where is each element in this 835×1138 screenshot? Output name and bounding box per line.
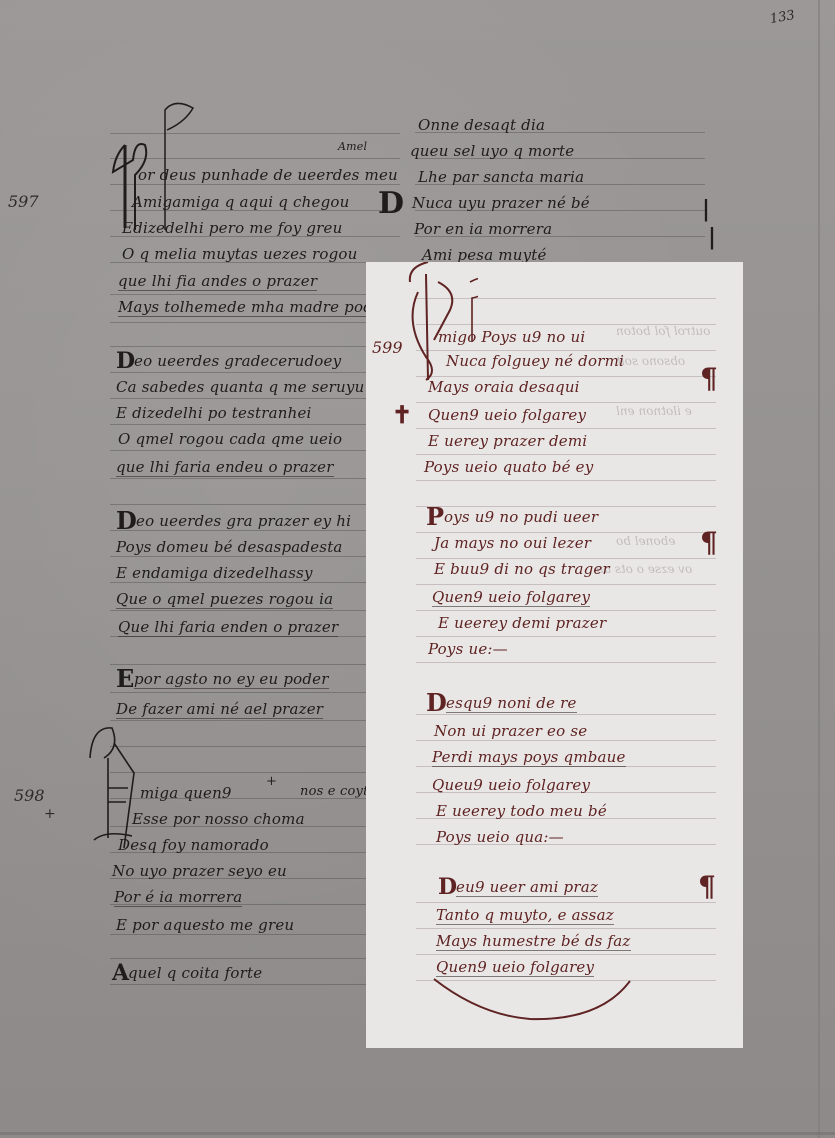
verse-line: E uerey prazer demi [428, 432, 587, 450]
verse-line: Lhe par sancta maria [418, 168, 584, 186]
verse-line: eo ueerdes gra prazer ey hi [136, 512, 351, 530]
verse-line: E ueerey todo meu bé [436, 802, 607, 820]
ruled-line [110, 692, 400, 693]
ruled-line [110, 346, 400, 347]
page-edge [818, 0, 820, 1138]
ruled-line [110, 664, 400, 665]
poem-number-598: 598 [14, 786, 45, 805]
verse-line: Mays tolhemede mha madre poder [118, 298, 389, 317]
ruled-line [110, 372, 400, 373]
verse-line: Non ui prazer eo se [434, 722, 587, 740]
verse-line: Mays oraia desaqui [428, 378, 580, 396]
ruled-line [110, 772, 400, 773]
stanza-initial: A [112, 960, 129, 986]
verse-line: Nuca folguey né dormi [446, 352, 624, 370]
verse-line: E por aquesto me greu [116, 916, 294, 934]
ruled-line [110, 720, 400, 721]
verse-line: Esse por nosso choma [132, 810, 305, 828]
verse-line: eo ueerdes gradecerudoey [134, 352, 341, 370]
verse-line: que lhi fia andes o prazer [118, 272, 317, 291]
verse-line: Poys ueio quato bé ey [424, 458, 593, 476]
verse-line: E ueerey demi prazer [438, 614, 606, 632]
verse-line: Poys ue:— [428, 640, 508, 658]
verse-line: Que o qmel puezes rogou ia [116, 590, 333, 609]
margin-initial-d: D [378, 186, 404, 221]
show-through-text: ebonel bo [616, 534, 675, 548]
stanza-initial: D [116, 506, 137, 535]
page-edge [0, 1132, 835, 1135]
verse-line: Desq foy namorado [118, 836, 269, 854]
closing-flourish-icon [430, 975, 640, 1025]
verse-line: Poys domeu bé desaspadesta [116, 538, 343, 556]
ruled-line [110, 424, 400, 425]
verse-line: que lhi faria endeu o prazer [116, 458, 334, 477]
verse-line: E dizedelhi po testranhei [116, 404, 312, 422]
verse-line: No uyo prazer seyo eu [112, 862, 287, 880]
verse-line: eu9 ueer ami praz [456, 878, 598, 897]
show-through-text: ov ezse o ots an [596, 562, 692, 576]
verse-line: E endamiga dizedelhassy [116, 564, 313, 582]
ruled-line [110, 934, 400, 935]
verse-line: Poys ueio qua:— [436, 828, 564, 846]
pilcrow-mark: ¶ [700, 362, 718, 395]
pilcrow-mark: ¶ [698, 870, 716, 903]
decorated-initial-a-icon [84, 718, 144, 848]
verse-line: por agsto no ey eu poder [134, 670, 329, 689]
verse-line: queu sel uyo q morte [410, 142, 574, 160]
pilcrow-mark: ¶ [700, 526, 718, 559]
cross-mark: + [266, 774, 277, 789]
ruled-line [110, 530, 400, 531]
verse-line: Quen9 ueio folgarey [428, 406, 586, 424]
show-through-text: obsono solt [616, 354, 685, 368]
verse-line: Por en ia morrera [414, 220, 552, 238]
ruled-line [110, 582, 400, 583]
verse-line: esqu9 noni de re [446, 694, 577, 713]
ruled-line [110, 984, 400, 985]
ruled-line [110, 556, 400, 557]
verse-line: Edizedelhi pero me foy greu [122, 219, 342, 237]
decorated-initial-a-icon [398, 262, 478, 392]
verse-line: E buu9 di no qs trager [434, 560, 610, 578]
show-through-text: outrol fol boton [616, 324, 710, 338]
verse-line: O q melia muytas uezes rogou [122, 245, 358, 263]
verse-line: Perdi mays poys qmbaue [432, 748, 626, 767]
stanza-initial: D [116, 348, 135, 374]
ruled-line [110, 746, 400, 747]
manuscript-page: 133 597 Amel P or deus punhade de ueerde… [0, 0, 835, 1138]
cross-mark: + [44, 806, 56, 822]
stanza-initial: D [438, 874, 457, 900]
ruled-line [110, 610, 400, 611]
stanza-initial: E [116, 664, 134, 693]
verse-line: De fazer ami né ael prazer [116, 700, 323, 719]
verse-line: Que lhi faria enden o prazer [118, 618, 338, 637]
folio-number: 133 [769, 8, 796, 27]
ruled-line [110, 322, 400, 323]
stanza-initial: P [426, 502, 444, 531]
stanza-initial: D [426, 688, 447, 717]
ruled-line [110, 504, 400, 505]
verse-line: Tanto q muyto, e assaz [436, 906, 614, 925]
margin-bar-mark: | [708, 224, 716, 250]
ruled-line [110, 958, 400, 959]
verse-line: migo Poys u9 no ui [438, 328, 585, 346]
marginal-annotation: Amel [338, 140, 367, 153]
verse-line: Queu9 ueio folgarey [432, 776, 590, 794]
verse-line: Ja mays no oui lezer [434, 534, 591, 552]
ruled-line [110, 294, 400, 295]
verse-line: Mays humestre bé ds faz [436, 932, 631, 951]
verse-line: Por é ia morrera [114, 888, 242, 907]
cross-mark: ✝ [392, 400, 412, 429]
ruled-line [110, 478, 400, 479]
poem-number-597: 597 [8, 192, 39, 211]
verse-line: Quen9 ueio folgarey [432, 588, 590, 607]
verse-line: Amigamiga q aqui q chegou [132, 193, 349, 211]
show-through-text: e ilotnon enl [616, 404, 692, 418]
margin-bar-mark: | [702, 196, 710, 222]
ruled-line [110, 450, 400, 451]
verse-line: Onne desaqt dia [418, 116, 545, 134]
verse-line: miga quen9 [140, 784, 232, 802]
verse-line: O qmel rogou cada qme ueio [118, 430, 342, 448]
verse-line: Ca sabedes quanta q me seruyu [116, 378, 364, 396]
verse-line: quel q coita forte [128, 964, 262, 982]
ruled-line [110, 398, 400, 399]
verse-line: or deus punhade de ueerdes meu [138, 166, 398, 184]
verse-line: oys u9 no pudi ueer [444, 508, 598, 526]
verse-line: Nuca uyu prazer né bé [412, 194, 590, 212]
